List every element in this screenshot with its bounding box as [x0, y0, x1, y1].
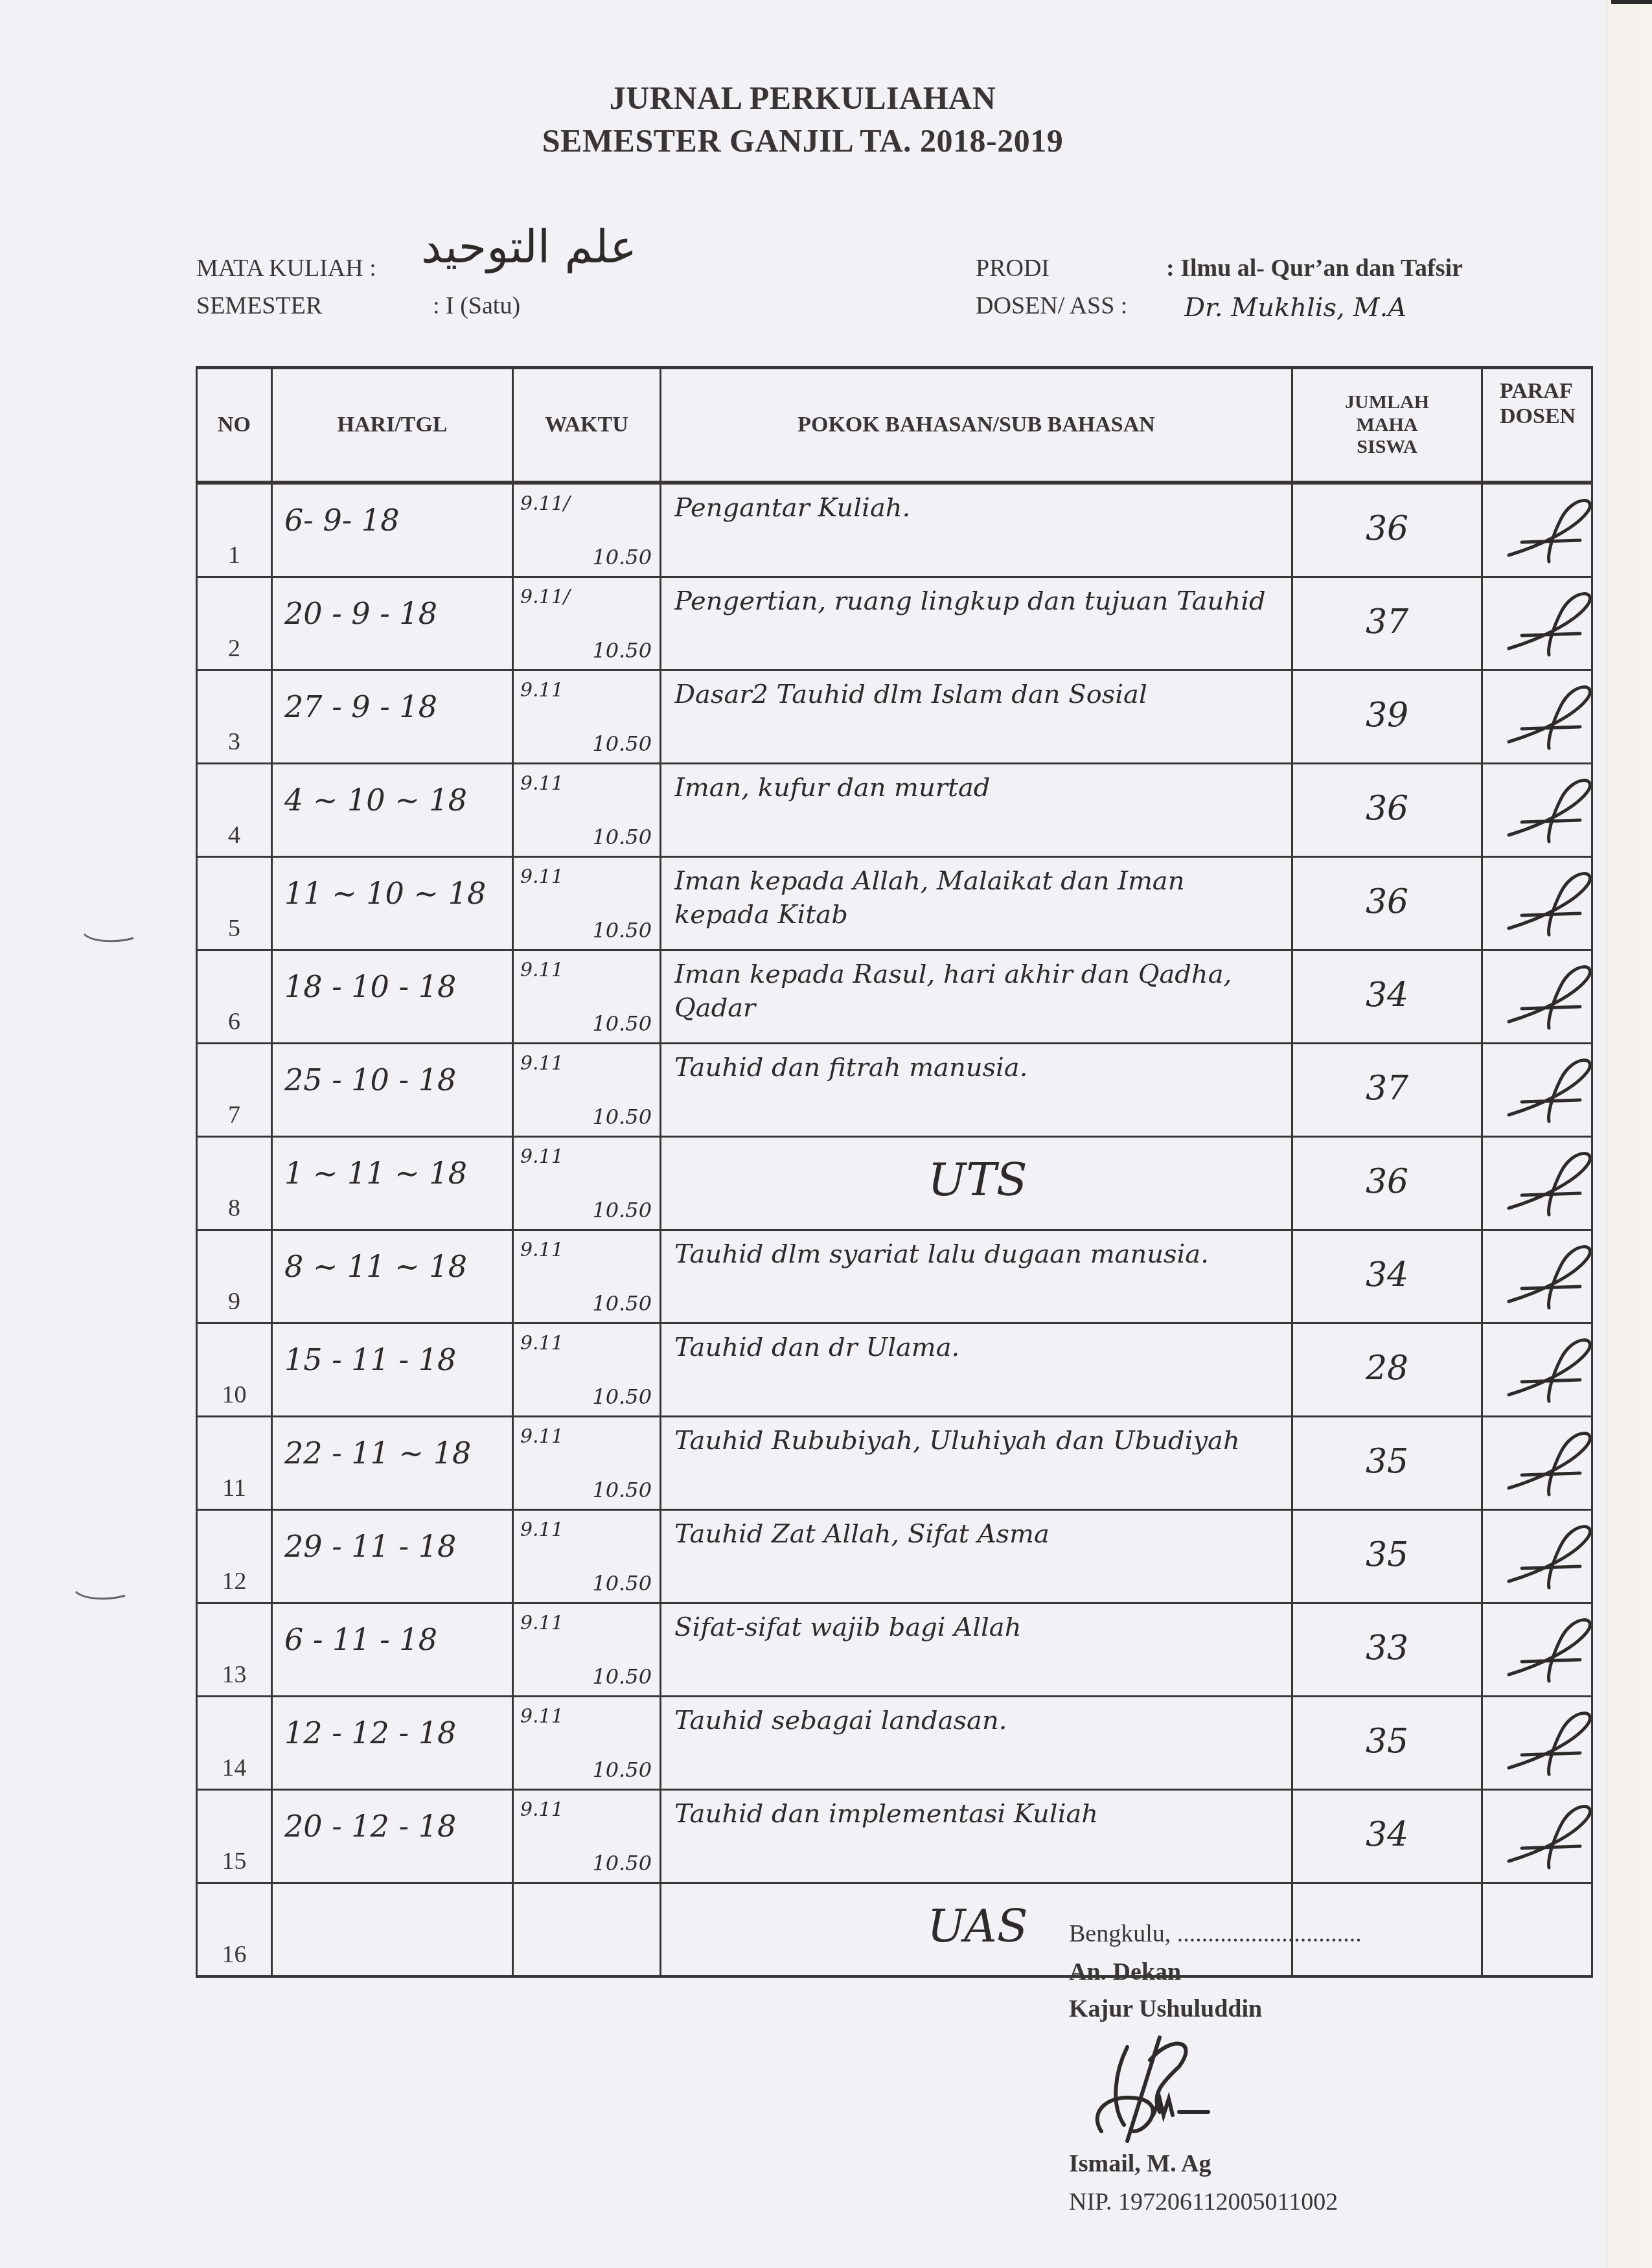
header-no: NO [197, 368, 272, 483]
row-number: 15 [197, 1790, 272, 1883]
row-time-end: 10.50 [592, 1105, 652, 1129]
prodi-value: : Ilmu al- Qur’an dan Tafsir [1166, 254, 1463, 282]
header-sign-l2: DOSEN [1500, 404, 1591, 429]
lecturer-initial-icon [1502, 1053, 1592, 1125]
row-time-end: 10.50 [592, 1291, 652, 1316]
table-cell: Sifat-sifat wajib bagi Allah [661, 1603, 1292, 1697]
row-date: 15 - 11 - 18 [284, 1342, 456, 1377]
table-header-row: NO HARI/TGL WAKTU POKOK BAHASAN/SUB BAHA… [197, 368, 1592, 483]
dosen-value: Dr. Mukhlis, M.A [1184, 293, 1406, 323]
table-cell: 29 - 11 - 18 [272, 1510, 513, 1603]
row-topic: Dasar2 Tauhid dlm Islam dan Sosial [674, 678, 1281, 759]
row-topic: Tauhid dan dr Ulama. [674, 1331, 1281, 1412]
row-number: 9 [197, 1230, 272, 1323]
table-cell: 15 - 11 - 18 [272, 1323, 513, 1417]
table-cell: 33 [1292, 1603, 1482, 1697]
table-row: 98 ~ 11 ~ 189.1110.50Tauhid dlm syariat … [197, 1230, 1592, 1323]
row-date: 20 - 12 - 18 [284, 1809, 456, 1844]
table-cell: 35 [1292, 1417, 1482, 1510]
table-cell: 9.1110.50 [513, 764, 661, 857]
row-date: 20 - 9 - 18 [284, 596, 437, 631]
table-cell: Tauhid Zat Allah, Sifat Asma [661, 1510, 1292, 1603]
table-cell [1482, 1697, 1592, 1790]
header-sign: PARAF DOSEN [1482, 368, 1592, 483]
row-date: 1 ~ 11 ~ 18 [284, 1156, 467, 1191]
header-students-l1: JUMLAH [1293, 391, 1481, 414]
table-cell: 25 - 10 - 18 [272, 1044, 513, 1137]
mata-kuliah-value: علم التوحيد [421, 220, 637, 273]
table-cell [1482, 1323, 1592, 1417]
row-number: 13 [197, 1603, 272, 1697]
table-cell: 9.1110.50 [513, 950, 661, 1044]
table-row: 618 - 10 - 189.1110.50Iman kepada Rasul,… [197, 950, 1592, 1044]
row-time-start: 9.11/ [520, 492, 570, 515]
dosen-label: DOSEN/ ASS : [976, 292, 1127, 320]
table-row: 327 - 9 - 189.1110.50Dasar2 Tauhid dlm I… [197, 670, 1592, 764]
row-student-count: 33 [1293, 1629, 1481, 1667]
lecturer-initial-icon [1502, 773, 1592, 845]
table-cell: 20 - 9 - 18 [272, 577, 513, 670]
row-time-start: 9.11 [520, 865, 564, 888]
lecturer-initial-icon [1502, 1147, 1592, 1218]
table-cell: Pengantar Kuliah. [661, 483, 1292, 577]
table-cell [1482, 857, 1592, 950]
row-number: 10 [197, 1323, 272, 1417]
row-time-end: 10.50 [592, 545, 652, 569]
table-cell: 20 - 12 - 18 [272, 1790, 513, 1883]
header-time: WAKTU [513, 368, 661, 483]
row-topic: Tauhid dan implementasi Kuliah [674, 1797, 1281, 1878]
row-time-start: 9.11 [520, 1052, 564, 1075]
row-student-count: 35 [1293, 1722, 1481, 1761]
lecturer-initial-icon [1502, 494, 1592, 565]
table-cell: 35 [1292, 1697, 1482, 1790]
row-time-end: 10.50 [592, 1011, 652, 1036]
table-row: 136 - 11 - 189.1110.50Sifat-sifat wajib … [197, 1603, 1592, 1697]
header-date: HARI/TGL [272, 368, 513, 483]
table-cell [1482, 1510, 1592, 1603]
lecturer-initial-icon [1502, 1333, 1592, 1404]
row-number: 12 [197, 1510, 272, 1603]
table-row: 1412 - 12 - 189.1110.50Tauhid sebagai la… [197, 1697, 1592, 1790]
semester-value: : I (Satu) [433, 292, 520, 320]
row-student-count: 34 [1293, 976, 1481, 1014]
lecturer-initial-icon [1502, 1800, 1592, 1871]
row-time-end: 10.50 [592, 731, 652, 756]
punch-mark-icon [75, 1590, 126, 1603]
row-topic: Tauhid Rububiyah, Uluhiyah dan Ubudiyah [674, 1424, 1281, 1505]
journal-table: NO HARI/TGL WAKTU POKOK BAHASAN/SUB BAHA… [196, 366, 1593, 1978]
table-cell: 9.1110.50 [513, 1137, 661, 1230]
document-subtitle: SEMESTER GANJIL TA. 2018-2019 [0, 122, 1605, 159]
table-cell: Tauhid Rububiyah, Uluhiyah dan Ubudiyah [661, 1417, 1292, 1510]
row-student-count: 36 [1293, 882, 1481, 921]
table-cell: Iman, kufur dan murtad [661, 764, 1292, 857]
row-date: 22 - 11 ~ 18 [284, 1436, 471, 1471]
lecturer-initial-icon [1502, 1706, 1592, 1778]
row-number: 1 [197, 483, 272, 577]
table-cell: UTS [661, 1137, 1292, 1230]
table-cell [1482, 1603, 1592, 1697]
place-date: Bengkulu, .............................. [1069, 1919, 1362, 1948]
semester-label: SEMESTER [196, 292, 322, 320]
table-cell: Tauhid dlm syariat lalu dugaan manusia. [661, 1230, 1292, 1323]
table-cell [513, 1883, 661, 1977]
scan-corner [1611, 0, 1652, 4]
table-row: 511 ~ 10 ~ 189.1110.50Iman kepada Allah,… [197, 857, 1592, 950]
row-time-end: 10.50 [592, 1478, 652, 1502]
lecturer-initial-icon [1502, 1240, 1592, 1311]
table-cell: 34 [1292, 1230, 1482, 1323]
table-cell: Tauhid dan implementasi Kuliah [661, 1790, 1292, 1883]
punch-mark-icon [83, 933, 135, 946]
row-student-count: 28 [1293, 1349, 1481, 1388]
row-number: 16 [197, 1883, 272, 1977]
row-number: 2 [197, 577, 272, 670]
row-student-count: 36 [1293, 789, 1481, 828]
table-cell: 22 - 11 ~ 18 [272, 1417, 513, 1510]
lecturer-initial-icon [1502, 1426, 1592, 1498]
signature-icon [1088, 2034, 1257, 2144]
table-cell [1482, 670, 1592, 764]
row-time-end: 10.50 [592, 1851, 652, 1875]
row-time-end: 10.50 [592, 638, 652, 663]
table-cell: 9.11/10.50 [513, 483, 661, 577]
row-topic: UTS [674, 1151, 1281, 1225]
table-cell [1482, 764, 1592, 857]
row-date: 27 - 9 - 18 [284, 689, 437, 724]
row-date: 12 - 12 - 18 [284, 1715, 456, 1750]
row-time-end: 10.50 [592, 918, 652, 943]
table-cell: Iman kepada Rasul, hari akhir dan Qadha,… [661, 950, 1292, 1044]
row-student-count: 37 [1293, 1069, 1481, 1108]
lecturer-initial-icon [1502, 960, 1592, 1031]
table-cell: Tauhid dan dr Ulama. [661, 1323, 1292, 1417]
table-row: 1015 - 11 - 189.1110.50Tauhid dan dr Ula… [197, 1323, 1592, 1417]
row-date: 18 - 10 - 18 [284, 969, 456, 1004]
table-cell: 9.1110.50 [513, 1790, 661, 1883]
table-cell: 9.11/10.50 [513, 577, 661, 670]
table-row: 81 ~ 11 ~ 189.1110.50UTS36 [197, 1137, 1592, 1230]
signatory-role-1: An. Dekan [1069, 1958, 1181, 1986]
table-cell: Tauhid sebagai landasan. [661, 1697, 1292, 1790]
table-cell: 9.1110.50 [513, 1323, 661, 1417]
header-students: JUMLAH MAHA SISWA [1292, 368, 1482, 483]
table-cell: 37 [1292, 577, 1482, 670]
row-time-start: 9.11 [520, 1145, 564, 1168]
row-time-start: 9.11 [520, 959, 564, 981]
row-number: 14 [197, 1697, 272, 1790]
table-cell: 36 [1292, 857, 1482, 950]
row-topic: Iman, kufur dan murtad [674, 771, 1281, 852]
row-time-start: 9.11 [520, 1612, 564, 1634]
table-cell [1482, 1790, 1592, 1883]
table-cell [1482, 1883, 1592, 1977]
row-time-start: 9.11 [520, 1425, 564, 1448]
header-students-l3: SISWA [1293, 436, 1481, 459]
row-time-end: 10.50 [592, 1571, 652, 1596]
table-cell [1482, 950, 1592, 1044]
table-row: 1229 - 11 - 189.1110.50Tauhid Zat Allah,… [197, 1510, 1592, 1603]
row-number: 4 [197, 764, 272, 857]
table-cell [272, 1883, 513, 1977]
table-cell: Iman kepada Allah, Malaikat dan Iman kep… [661, 857, 1292, 950]
table-cell: 8 ~ 11 ~ 18 [272, 1230, 513, 1323]
row-topic: Pengantar Kuliah. [674, 491, 1281, 572]
row-topic: Iman kepada Allah, Malaikat dan Iman kep… [674, 864, 1281, 945]
row-date: 6- 9- 18 [284, 503, 399, 538]
row-topic: Iman kepada Rasul, hari akhir dan Qadha,… [674, 957, 1281, 1038]
row-topic: Tauhid sebagai landasan. [674, 1704, 1281, 1785]
row-time-start: 9.11 [520, 1332, 564, 1355]
table-cell: 9.1110.50 [513, 857, 661, 950]
table-cell: 9.1110.50 [513, 1603, 661, 1697]
table-cell: 9.1110.50 [513, 1510, 661, 1603]
table-cell: 9.1110.50 [513, 670, 661, 764]
table-cell: 9.1110.50 [513, 1230, 661, 1323]
lecturer-initial-icon [1502, 680, 1592, 751]
lecturer-initial-icon [1502, 867, 1592, 938]
row-student-count: 36 [1293, 1162, 1481, 1201]
table-cell: 4 ~ 10 ~ 18 [272, 764, 513, 857]
row-time-start: 9.11 [520, 679, 564, 702]
row-time-start: 9.11 [520, 1705, 564, 1728]
row-student-count: 34 [1293, 1815, 1481, 1854]
table-cell: 35 [1292, 1510, 1482, 1603]
header-students-l2: MAHA [1293, 414, 1481, 437]
table-cell: 39 [1292, 670, 1482, 764]
table-row: 44 ~ 10 ~ 189.1110.50Iman, kufur dan mur… [197, 764, 1592, 857]
signatory-name: Ismail, M. Ag [1069, 2149, 1211, 2178]
table-cell: 11 ~ 10 ~ 18 [272, 857, 513, 950]
table-cell: 34 [1292, 950, 1482, 1044]
row-student-count: 36 [1293, 509, 1481, 548]
row-number: 3 [197, 670, 272, 764]
table-row: 1122 - 11 ~ 189.1110.50Tauhid Rububiyah,… [197, 1417, 1592, 1510]
table-cell: 36 [1292, 764, 1482, 857]
row-student-count: 39 [1293, 696, 1481, 735]
row-number: 7 [197, 1044, 272, 1137]
row-time-end: 10.50 [592, 1384, 652, 1409]
table-cell: 34 [1292, 1790, 1482, 1883]
table-cell: 6 - 11 - 18 [272, 1603, 513, 1697]
row-number: 6 [197, 950, 272, 1044]
table-cell [1482, 577, 1592, 670]
row-number: 5 [197, 857, 272, 950]
row-time-end: 10.50 [592, 1758, 652, 1782]
table-cell [1482, 1230, 1592, 1323]
table-cell: Pengertian, ruang lingkup dan tujuan Tau… [661, 577, 1292, 670]
table-cell: 12 - 12 - 18 [272, 1697, 513, 1790]
table-cell: 9.1110.50 [513, 1697, 661, 1790]
table-row: 16- 9- 189.11/10.50Pengantar Kuliah.36 [197, 483, 1592, 577]
row-date: 25 - 10 - 18 [284, 1062, 456, 1097]
lecturer-initial-icon [1502, 1520, 1592, 1591]
table-cell [1482, 1137, 1592, 1230]
row-date: 6 - 11 - 18 [284, 1622, 437, 1657]
table-row: 220 - 9 - 189.11/10.50Pengertian, ruang … [197, 577, 1592, 670]
row-topic: Tauhid Zat Allah, Sifat Asma [674, 1517, 1281, 1598]
row-topic: Tauhid dan fitrah manusia. [674, 1051, 1281, 1132]
row-time-end: 10.50 [592, 1198, 652, 1222]
signatory-role-2: Kajur Ushuluddin [1069, 1995, 1262, 2023]
scan-background [1605, 0, 1652, 2268]
row-student-count: 35 [1293, 1442, 1481, 1481]
table-cell: 18 - 10 - 18 [272, 950, 513, 1044]
row-topic: Pengertian, ruang lingkup dan tujuan Tau… [674, 584, 1281, 665]
table-cell: 1 ~ 11 ~ 18 [272, 1137, 513, 1230]
row-topic: Tauhid dlm syariat lalu dugaan manusia. [674, 1237, 1281, 1318]
row-time-end: 10.50 [592, 825, 652, 849]
header-sign-l1: PARAF [1500, 378, 1591, 404]
table-cell: 37 [1292, 1044, 1482, 1137]
table-cell: 28 [1292, 1323, 1482, 1417]
table-cell: 9.1110.50 [513, 1417, 661, 1510]
row-date: 4 ~ 10 ~ 18 [284, 783, 467, 818]
row-date: 29 - 11 - 18 [284, 1529, 456, 1564]
prodi-label: PRODI [976, 254, 1050, 282]
row-date: 8 ~ 11 ~ 18 [284, 1249, 467, 1284]
row-time-start: 9.11/ [520, 586, 570, 608]
row-number: 11 [197, 1417, 272, 1510]
table-cell: Tauhid dan fitrah manusia. [661, 1044, 1292, 1137]
table-cell: 9.1110.50 [513, 1044, 661, 1137]
row-number: 8 [197, 1137, 272, 1230]
row-time-start: 9.11 [520, 1518, 564, 1541]
row-student-count: 37 [1293, 602, 1481, 641]
row-time-start: 9.11 [520, 1239, 564, 1261]
row-time-end: 10.50 [592, 1664, 652, 1689]
row-time-start: 9.11 [520, 772, 564, 795]
row-topic: Sifat-sifat wajib bagi Allah [674, 1610, 1281, 1691]
signatory-nip: NIP. 197206112005011002 [1069, 2188, 1338, 2216]
table-cell: 36 [1292, 1137, 1482, 1230]
table-cell: 6- 9- 18 [272, 483, 513, 577]
table-cell [1482, 1044, 1592, 1137]
table-cell: 27 - 9 - 18 [272, 670, 513, 764]
table-cell: Dasar2 Tauhid dlm Islam dan Sosial [661, 670, 1292, 764]
row-student-count: 35 [1293, 1535, 1481, 1574]
row-date: 11 ~ 10 ~ 18 [284, 876, 486, 911]
row-student-count: 34 [1293, 1255, 1481, 1294]
document-title: JURNAL PERKULIAHAN [0, 79, 1605, 117]
table-row: 16UAS [197, 1883, 1592, 1977]
table-cell [1482, 1417, 1592, 1510]
table-cell [1482, 483, 1592, 577]
mata-kuliah-label: MATA KULIAH : [196, 254, 376, 282]
row-time-start: 9.11 [520, 1798, 564, 1821]
lecturer-initial-icon [1502, 1613, 1592, 1684]
table-row: 725 - 10 - 189.1110.50Tauhid dan fitrah … [197, 1044, 1592, 1137]
lecturer-initial-icon [1502, 587, 1592, 658]
table-row: 1520 - 12 - 189.1110.50Tauhid dan implem… [197, 1790, 1592, 1883]
header-topic: POKOK BAHASAN/SUB BAHASAN [661, 368, 1292, 483]
table-cell: 36 [1292, 483, 1482, 577]
